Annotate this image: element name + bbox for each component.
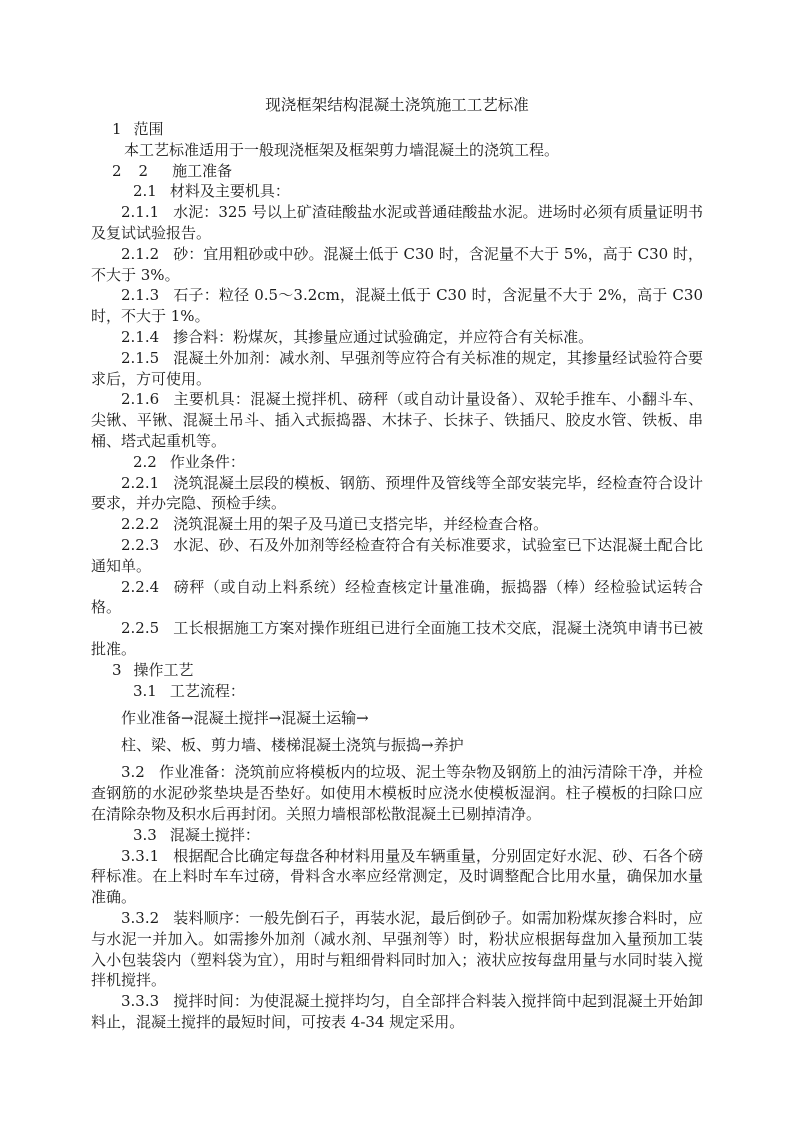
subsection-heading: 2.1材料及主要机具： (91, 181, 703, 202)
paragraph: 3.3.3搅拌时间：为使混凝土搅拌均匀，自全部拌合料装入搅拌筒中起到混凝土开始卸… (91, 991, 703, 1033)
paragraph-number: 3.1 (133, 682, 157, 700)
paragraph-number: 2.2 (133, 453, 157, 471)
paragraph-text: 主要机具：混凝土搅拌机、磅秤（或自动计量设备）、双轮手推车、小翻斗车、尖锹、平锹… (91, 390, 703, 450)
paragraph-number: 3.3.2 (121, 909, 159, 927)
paragraph-text: 作业准备：浇筑前应将模板内的垃圾、泥土等杂物及钢筋上的油污清除干净，并检查钢筋的… (91, 763, 703, 823)
paragraph: 2.1.6主要机具：混凝土搅拌机、磅秤（或自动计量设备）、双轮手推车、小翻斗车、… (91, 389, 703, 451)
paragraph-text: 工长根据施工方案对操作班组已进行全面施工技术交底，混凝土浇筑申请书已被批准。 (91, 619, 703, 658)
paragraph-text: 操作工艺 (134, 661, 194, 679)
paragraph-text: 根据配合比确定每盘各种材料用量及车辆重量，分别固定好水泥、砂、石各个磅秤标准。在… (91, 847, 703, 907)
paragraph-number: 2.2.4 (121, 578, 159, 596)
paragraph: 3.2作业准备：浇筑前应将模板内的垃圾、泥土等杂物及钢筋上的油污清除干净，并检查… (91, 762, 703, 824)
paragraph: 2.1.3石子：粒径 0.5～3.2cm，混凝土低于 C30 时，含泥量不大于 … (91, 285, 703, 327)
paragraph-number-secondary: 2 (139, 162, 149, 180)
paragraph: 2.1.1水泥：325 号以上矿渣硅酸盐水泥或普通硅酸盐水泥。进场时必须有质量证… (91, 202, 703, 244)
paragraph-number: 2 (112, 162, 122, 180)
paragraph-number: 3.2 (121, 763, 145, 781)
paragraph: 2.1.4掺合料：粉煤灰，其掺量应通过试验确定，并应符合有关标准。 (91, 327, 703, 348)
paragraph-number: 2.1.4 (121, 328, 159, 346)
paragraph-text: 石子：粒径 0.5～3.2cm，混凝土低于 C30 时，含泥量不大于 2%，高于… (91, 286, 703, 325)
paragraph-text: 混凝土外加剂：减水剂、早强剂等应符合有关标准的规定，其掺量经试验符合要求后，方可… (91, 349, 703, 388)
section-heading: 3操作工艺 (91, 660, 703, 681)
paragraph-text: 水泥、砂、石及外加剂等经检查符合有关标准要求，试验室已下达混凝土配合比通知单。 (91, 536, 703, 575)
paragraph-text: 作业准备→混凝土搅拌→混凝土运输→ (121, 709, 369, 727)
paragraph-number: 2.1.3 (121, 286, 159, 304)
paragraph-number: 2.2.1 (121, 474, 159, 492)
paragraph-number: 3 (112, 661, 122, 679)
paragraph: 2.1.2砂：宜用粗砂或中砂。混凝土低于 C30 时，含泥量不大于 5%，高于 … (91, 244, 703, 286)
paragraph-text: 混凝土搅拌： (170, 826, 260, 844)
subsection-heading: 3.3混凝土搅拌： (91, 825, 703, 846)
paragraph-number: 3.3.1 (121, 847, 159, 865)
paragraph-number: 2.1.5 (121, 349, 159, 367)
paragraph: 2.2.5工长根据施工方案对操作班组已进行全面施工技术交底，混凝土浇筑申请书已被… (91, 618, 703, 660)
subsection-heading: 2.2作业条件： (91, 452, 703, 473)
subsection-heading: 3.1工艺流程： (91, 681, 703, 702)
paragraph: 2.1.5混凝土外加剂：减水剂、早强剂等应符合有关标准的规定，其掺量经试验符合要… (91, 348, 703, 390)
paragraph: 3.3.2装料顺序：一般先倒石子，再装水泥，最后倒砂子。如需加粉煤灰掺合料时，应… (91, 908, 703, 991)
paragraph: 2.2.2浇筑混凝土用的架子及马道已支搭完毕，并经检查合格。 (91, 514, 703, 535)
paragraph-number: 2.1 (133, 182, 157, 200)
paragraph-text: 装料顺序：一般先倒石子，再装水泥，最后倒砂子。如需加粉煤灰掺合料时，应与水泥一并… (91, 909, 703, 989)
paragraph-text: 磅秤（或自动上料系统）经检查核定计量准确，振捣器（棒）经检验试运转合格。 (91, 578, 703, 617)
paragraph-number: 2.2.3 (121, 536, 159, 554)
paragraph-number: 1 (112, 120, 122, 138)
paragraph-text: 材料及主要机具： (170, 182, 290, 200)
paragraph-number: 3.3.3 (121, 992, 159, 1010)
section-heading: 1范围 (91, 119, 703, 140)
paragraph-number: 2.1.2 (121, 245, 159, 263)
paragraph-text: 柱、梁、板、剪力墙、楼梯混凝土浇筑与振捣→养护 (121, 736, 464, 754)
paragraph: 本工艺标准适用于一般现浇框架及框架剪力墙混凝土的浇筑工程。 (91, 140, 703, 161)
paragraph-number: 2.1.1 (121, 203, 159, 221)
paragraph-text: 砂：宜用粗砂或中砂。混凝土低于 C30 时，含泥量不大于 5%，高于 C30 时… (91, 245, 703, 284)
paragraph-text: 施工准备 (172, 162, 232, 180)
paragraph-number: 3.3 (133, 826, 157, 844)
document-title: 现浇框架结构混凝土浇筑施工工艺标准 (91, 94, 703, 116)
paragraph-text: 搅拌时间：为使混凝土搅拌均匀，自全部拌合料装入搅拌筒中起到混凝土开始卸料止，混凝… (91, 992, 703, 1031)
paragraph: 2.2.1浇筑混凝土层段的模板、钢筋、预埋件及管线等全部安装完毕，经检查符合设计… (91, 473, 703, 515)
paragraph-text: 工艺流程： (170, 682, 245, 700)
paragraph-number: 2.2.2 (121, 515, 159, 533)
document-page: 现浇框架结构混凝土浇筑施工工艺标准 1范围本工艺标准适用于一般现浇框架及框架剪力… (0, 0, 793, 1122)
paragraph-text: 浇筑混凝土层段的模板、钢筋、预埋件及管线等全部安装完毕，经检查符合设计要求，并办… (91, 474, 703, 513)
paragraph-number: 2.1.6 (121, 390, 159, 408)
paragraph-number: 2.2.5 (121, 619, 159, 637)
paragraph-text: 掺合料：粉煤灰，其掺量应通过试验确定，并应符合有关标准。 (173, 328, 593, 346)
paragraph: 3.3.1根据配合比确定每盘各种材料用量及车辆重量，分别固定好水泥、砂、石各个磅… (91, 846, 703, 908)
paragraph-text: 本工艺标准适用于一般现浇框架及框架剪力墙混凝土的浇筑工程。 (124, 141, 559, 159)
paragraph-text: 浇筑混凝土用的架子及马道已支搭完毕，并经检查合格。 (173, 515, 548, 533)
paragraph: 2.2.4磅秤（或自动上料系统）经检查核定计量准确，振捣器（棒）经检验试运转合格… (91, 577, 703, 619)
paragraph-text: 范围 (134, 120, 164, 138)
paragraph-text: 作业条件： (170, 453, 245, 471)
flow-line: 作业准备→混凝土搅拌→混凝土运输→ (91, 708, 703, 729)
document-content: 现浇框架结构混凝土浇筑施工工艺标准 1范围本工艺标准适用于一般现浇框架及框架剪力… (91, 94, 703, 1033)
paragraph-text: 水泥：325 号以上矿渣硅酸盐水泥或普通硅酸盐水泥。进场时必须有质量证明书及复试… (91, 203, 703, 242)
flow-line: 柱、梁、板、剪力墙、楼梯混凝土浇筑与振捣→养护 (91, 735, 703, 756)
document-body: 1范围本工艺标准适用于一般现浇框架及框架剪力墙混凝土的浇筑工程。22施工准备2.… (91, 119, 703, 1033)
paragraph: 2.2.3水泥、砂、石及外加剂等经检查符合有关标准要求，试验室已下达混凝土配合比… (91, 535, 703, 577)
section-heading: 22施工准备 (91, 161, 703, 182)
